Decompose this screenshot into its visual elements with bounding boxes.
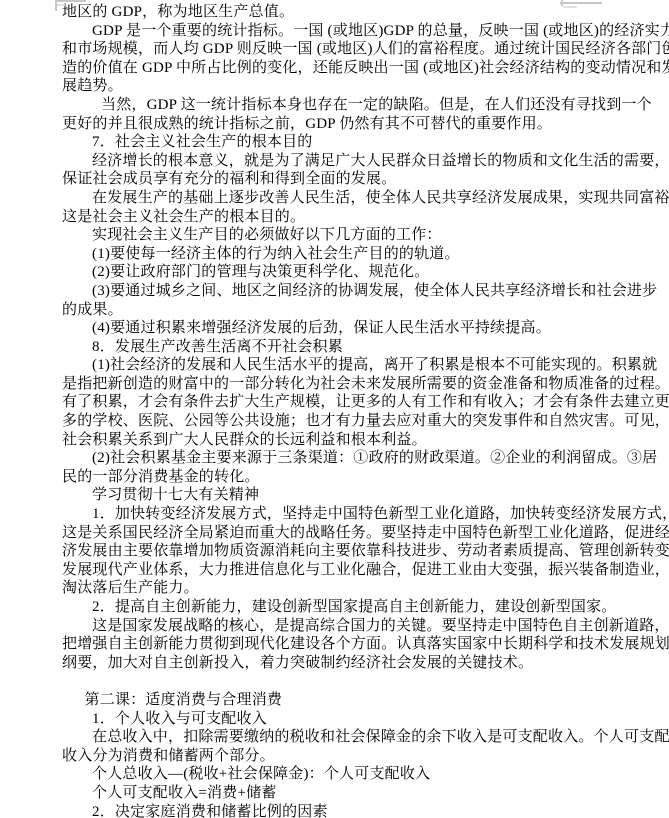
section-heading: 2．决定家庭消费和储蓄比例的因素	[62, 803, 619, 818]
text-line: 有了积累，才会有条件去扩大生产规模，让更多的人有工作和有收入；才会有条件去建立更	[62, 393, 619, 412]
text-line: 展趋势。	[62, 77, 619, 96]
section-heading: 1．个人收入与可支配收入	[62, 710, 619, 729]
blank-line	[62, 672, 619, 691]
formula-line: 个人可支配收入=消费+储蓄	[62, 784, 619, 803]
text-line: 这是关系国民经济全局紧迫而重大的战略任务。要坚持走中国特色新型工业化道路，促进经	[62, 524, 619, 543]
text-line: 这是国家发展战略的核心，是提高综合国力的关键。要坚持走中国特色自主创新道路，	[62, 617, 619, 636]
section-heading: 8．发展生产改善生活离不开社会积累	[62, 338, 619, 357]
text-line: 济发展由主要依靠增加物质资源消耗向主要依靠科技进步、劳动者素质提高、管理创新转变…	[62, 542, 619, 561]
text-line: GDP 是一个重要的统计指标。一国 (或地区)GDP 的总量，反映一国 (或地区…	[62, 22, 619, 41]
text-line: 把增强自主创新能力贯彻到现代化建设各个方面。认真落实国家中长期科学和技术发展规划	[62, 635, 619, 654]
text-line: 多的学校、医院、公园等公共设施；也才有力量去应对重大的突发事件和自然灾害。可见，	[62, 412, 619, 431]
crop-mark-top-left-horizontal	[55, 0, 86, 2]
text-line: 纲要，加大对自主创新投入，着力突破制约经济社会发展的关键技术。	[62, 654, 619, 673]
text-line: 更好的并且很成熟的统计指标之前，GDP 仍然有其不可替代的重要作用。	[62, 115, 619, 134]
crop-mark-top-right-smudge	[563, 6, 577, 8]
text-line: 淘汰落后生产能力。	[62, 579, 619, 598]
text-line: 经济增长的根本意义，就是为了满足广大人民群众日益增长的物质和文化生活的需要，	[62, 152, 619, 171]
text-line: 发展现代产业体系，大力推进信息化与工业化融合，促进工业由大变强，振兴装备制造业，	[62, 561, 619, 580]
text-line: 当然，GDP 这一统计指标本身也存在一定的缺陷。但是，在人们还没有寻找到一个	[62, 96, 619, 115]
list-item: (4)要通过积累来增强经济发展的后劲，保证人民生活水平持续提高。	[62, 319, 619, 338]
section-heading: 7．社会主义社会生产的根本目的	[62, 133, 619, 152]
lesson-title: 第二课：适度消费与合理消费	[62, 691, 619, 710]
formula-line: 个人总收入—(税收+社会保障金)：个人可支配收入	[62, 765, 619, 784]
text-line: 收入分为消费和储蓄两个部分。	[62, 747, 619, 766]
list-item: (2)社会积累基金主要来源于三条渠道：①政府的财政渠道。②企业的利润留成。③居	[62, 449, 619, 468]
crop-mark-top-left-smudge	[57, 4, 65, 6]
section-heading: 学习贯彻十七大有关精神	[62, 486, 619, 505]
text-line: 这是社会主义社会生产的根本目的。	[62, 208, 619, 227]
text-line: 民的一部分消费基金的转化。	[62, 468, 619, 487]
text-line: 地区的 GDP，称为地区生产总值。	[62, 3, 619, 22]
list-item: (2)要让政府部门的管理与决策更科学化、规范化。	[62, 263, 619, 282]
text-line: 在总收入中，扣除需要缴纳的税收和社会保障金的余下收入是可支配收入。个人可支配	[62, 728, 619, 747]
list-item: 2．提高自主创新能力，建设创新型国家提高自主创新能力，建设创新型国家。	[62, 598, 619, 617]
text-line: 的成果。	[62, 301, 619, 320]
text-line: 社会积累关系到广大人民群众的长远利益和根本利益。	[62, 431, 619, 450]
list-item: (1)要使每一经济主体的行为纳入社会生产目的的轨道。	[62, 245, 619, 264]
text-line: 保证社会成员享有充分的福利和得到全面的发展。	[62, 170, 619, 189]
text-line: 在发展生产的基础上逐步改善人民生活，使全体人民共享经济发展成果，实现共同富裕，	[62, 189, 619, 208]
list-item: (1)社会经济的发展和人民生活水平的提高，离开了积累是根本不可能实现的。积累就	[62, 356, 619, 375]
text-line: 是指把新创造的财富中的一部分转化为社会未来发展所需要的资金准备和物质准备的过程。	[62, 375, 619, 394]
text-line: 和市场规模，而人均 GDP 则反映一国 (或地区)人们的富裕程度。通过统计国民经…	[62, 40, 619, 59]
text-line: 实现社会主义生产目的必须做好以下几方面的工作：	[62, 226, 619, 245]
document-page: 地区的 GDP，称为地区生产总值。 GDP 是一个重要的统计指标。一国 (或地区…	[0, 0, 669, 818]
list-item: (3)要通过城乡之间、地区之间经济的协调发展，使全体人民共享经济增长和社会进步	[62, 282, 619, 301]
text-line: 造的价值在 GDP 中所占比例的变化，还能反映出一国 (或地区)社会经济结构的变…	[62, 59, 619, 78]
list-item: 1．加快转变经济发展方式，坚持走中国特色新型工业化道路，加快转变经济发展方式，	[62, 505, 619, 524]
crop-mark-top-right-horizontal	[560, 2, 602, 4]
